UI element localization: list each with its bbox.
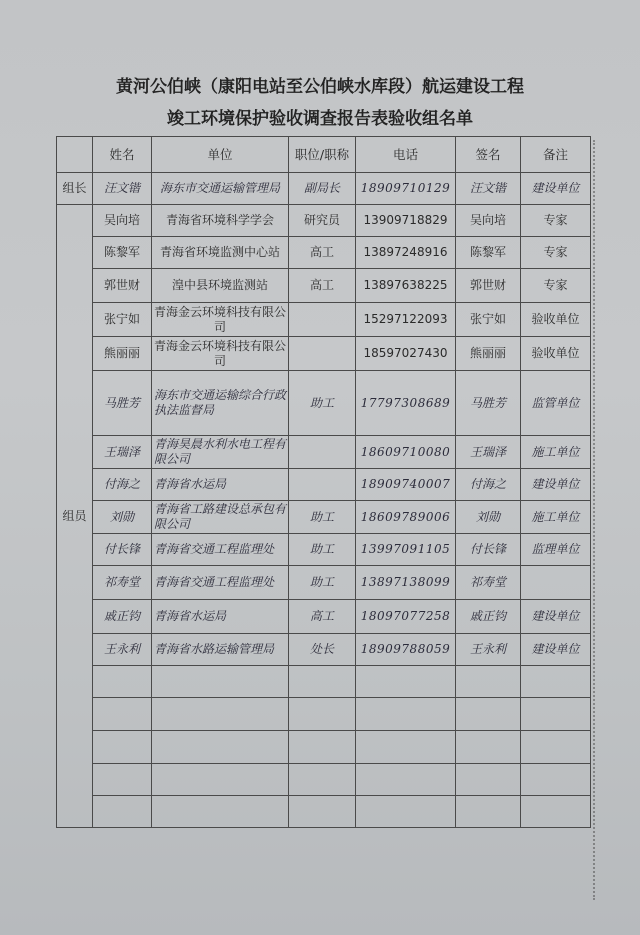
member-note-cell: 建设单位 [521,469,591,501]
member-signature-cell: 祁寿堂 [456,566,521,600]
member-signature-cell: 张宁如 [456,303,521,337]
leader-name-cell: 汪文锴 [93,173,152,205]
member-signature-cell: 王永利 [456,634,521,666]
member-phone-cell: 13897638225 [356,269,456,303]
member-phone-cell: 13897248916 [356,237,456,269]
member-unit-cell: 青海金云环境科技有限公司 [152,337,289,371]
member-signature-cell [456,764,521,796]
member-name-cell [93,764,152,796]
member-name-cell: 郭世财 [93,269,152,303]
member-row [57,731,591,764]
leader-title-cell: 副局长 [289,173,356,205]
member-phone-cell: 18609710080 [356,436,456,469]
member-phone-cell: 18597027430 [356,337,456,371]
member-unit-cell: 青海省工路建设总承包有限公司 [152,501,289,534]
member-signature-cell [456,698,521,731]
header-cell-name: 姓名 [93,137,152,173]
member-note-cell [521,666,591,698]
member-group-label: 组员 [57,205,93,828]
member-signature-cell: 王瑞泽 [456,436,521,469]
member-signature-cell: 陈黎军 [456,237,521,269]
member-unit-cell [152,698,289,731]
member-name-cell: 戚正钧 [93,600,152,634]
member-signature-cell: 刘勋 [456,501,521,534]
member-phone-cell: 15297122093 [356,303,456,337]
member-phone-cell [356,764,456,796]
member-note-cell: 专家 [521,205,591,237]
member-note-cell: 专家 [521,237,591,269]
member-name-cell: 付海之 [93,469,152,501]
header-cell-phone: 电话 [356,137,456,173]
member-name-cell: 王瑞泽 [93,436,152,469]
header-cell-unit: 单位 [152,137,289,173]
member-phone-cell [356,796,456,828]
member-title-cell: 研究员 [289,205,356,237]
member-row: 付海之青海省水运局18909740007付海之建设单位 [57,469,591,501]
member-title-cell: 处长 [289,634,356,666]
member-phone-cell: 18609789006 [356,501,456,534]
page-fold-line [593,140,597,900]
member-row: 刘勋青海省工路建设总承包有限公司助工18609789006刘勋施工单位 [57,501,591,534]
document-subtitle: 竣工环境保护验收调查报告表验收组名单 [0,104,640,129]
member-unit-cell: 青海省水运局 [152,469,289,501]
member-phone-cell: 18097077258 [356,600,456,634]
member-unit-cell [152,764,289,796]
member-title-cell: 助工 [289,501,356,534]
leader-phone-cell: 18909710129 [356,173,456,205]
member-row: 熊丽丽青海金云环境科技有限公司18597027430熊丽丽验收单位 [57,337,591,371]
member-title-cell: 助工 [289,534,356,566]
member-name-cell [93,731,152,764]
member-name-cell: 熊丽丽 [93,337,152,371]
member-name-cell: 王永利 [93,634,152,666]
member-unit-cell [152,666,289,698]
member-name-cell: 祁寿堂 [93,566,152,600]
member-row [57,698,591,731]
header-cell-signature: 签名 [456,137,521,173]
member-unit-cell: 青海昊晨水利水电工程有限公司 [152,436,289,469]
member-signature-cell: 付海之 [456,469,521,501]
member-title-cell [289,764,356,796]
member-note-cell: 建设单位 [521,634,591,666]
member-note-cell: 验收单位 [521,337,591,371]
member-name-cell: 张宁如 [93,303,152,337]
member-phone-cell: 17797308689 [356,371,456,436]
header-cell-title: 职位/职称 [289,137,356,173]
member-name-cell: 马胜芳 [93,371,152,436]
member-signature-cell: 吴向培 [456,205,521,237]
document-page: 黄河公伯峡（康阳电站至公伯峡水库段）航运建设工程 竣工环境保护验收调查报告表验收… [0,0,640,935]
member-title-cell: 高工 [289,237,356,269]
member-title-cell [289,796,356,828]
member-name-cell [93,666,152,698]
document-title: 黄河公伯峡（康阳电站至公伯峡水库段）航运建设工程 [0,72,640,97]
member-phone-cell [356,666,456,698]
member-note-cell [521,566,591,600]
member-row: 王永利青海省水路运输管理局处长18909788059王永利建设单位 [57,634,591,666]
member-name-cell: 陈黎军 [93,237,152,269]
member-unit-cell: 青海省环境监测中心站 [152,237,289,269]
member-unit-cell: 青海金云环境科技有限公司 [152,303,289,337]
member-title-cell [289,303,356,337]
member-name-cell [93,796,152,828]
leader-row: 组长 汪文锴 海东市交通运输管理局 副局长 18909710129 汪文锴 建设… [57,173,591,205]
header-cell-role [57,137,93,173]
member-note-cell: 建设单位 [521,600,591,634]
member-row [57,796,591,828]
leader-unit-cell: 海东市交通运输管理局 [152,173,289,205]
member-row: 付长锋青海省交通工程监理处助工13997091105付长锋监理单位 [57,534,591,566]
member-unit-cell: 海东市交通运输综合行政执法监督局 [152,371,289,436]
member-signature-cell: 戚正钧 [456,600,521,634]
member-phone-cell: 18909740007 [356,469,456,501]
member-unit-cell [152,796,289,828]
member-unit-cell: 青海省交通工程监理处 [152,534,289,566]
member-phone-cell: 13897138099 [356,566,456,600]
member-title-cell: 高工 [289,269,356,303]
member-note-cell: 验收单位 [521,303,591,337]
member-row: 王瑞泽青海昊晨水利水电工程有限公司18609710080王瑞泽施工单位 [57,436,591,469]
member-phone-cell: 13909718829 [356,205,456,237]
member-note-cell: 监理单位 [521,534,591,566]
member-title-cell: 高工 [289,600,356,634]
member-note-cell [521,731,591,764]
member-unit-cell: 湟中县环境监测站 [152,269,289,303]
header-cell-note: 备注 [521,137,591,173]
member-row: 组员吴向培青海省环境科学学会研究员13909718829吴向培专家 [57,205,591,237]
member-signature-cell [456,731,521,764]
member-row [57,764,591,796]
leader-signature-cell: 汪文锴 [456,173,521,205]
member-unit-cell [152,731,289,764]
member-phone-cell: 13997091105 [356,534,456,566]
table-header-row: 姓名 单位 职位/职称 电话 签名 备注 [57,137,591,173]
member-name-cell: 吴向培 [93,205,152,237]
member-note-cell: 施工单位 [521,436,591,469]
member-title-cell [289,469,356,501]
member-phone-cell [356,731,456,764]
member-name-cell [93,698,152,731]
member-signature-cell: 付长锋 [456,534,521,566]
member-row: 张宁如青海金云环境科技有限公司15297122093张宁如验收单位 [57,303,591,337]
member-note-cell [521,764,591,796]
member-row: 戚正钧青海省水运局高工18097077258戚正钧建设单位 [57,600,591,634]
member-note-cell [521,698,591,731]
member-signature-cell [456,796,521,828]
member-title-cell: 助工 [289,371,356,436]
member-unit-cell: 青海省水运局 [152,600,289,634]
member-unit-cell: 青海省环境科学学会 [152,205,289,237]
member-signature-cell [456,666,521,698]
member-unit-cell: 青海省水路运输管理局 [152,634,289,666]
member-title-cell [289,666,356,698]
member-title-cell [289,731,356,764]
member-phone-cell: 18909788059 [356,634,456,666]
member-title-cell [289,337,356,371]
member-name-cell: 付长锋 [93,534,152,566]
member-signature-cell: 马胜芳 [456,371,521,436]
member-note-cell: 专家 [521,269,591,303]
member-row: 陈黎军青海省环境监测中心站高工13897248916陈黎军专家 [57,237,591,269]
member-note-cell: 监管单位 [521,371,591,436]
member-note-cell [521,796,591,828]
member-row: 马胜芳海东市交通运输综合行政执法监督局助工17797308689马胜芳监管单位 [57,371,591,436]
member-name-cell: 刘勋 [93,501,152,534]
member-phone-cell [356,698,456,731]
member-title-cell [289,436,356,469]
member-title-cell [289,698,356,731]
member-row [57,666,591,698]
leader-note-cell: 建设单位 [521,173,591,205]
member-unit-cell: 青海省交通工程监理处 [152,566,289,600]
member-row: 祁寿堂青海省交通工程监理处助工13897138099祁寿堂 [57,566,591,600]
member-note-cell: 施工单位 [521,501,591,534]
member-title-cell: 助工 [289,566,356,600]
acceptance-team-table: 姓名 单位 职位/职称 电话 签名 备注 组长 汪文锴 海东市交通运输管理局 副… [56,136,591,828]
leader-role-cell: 组长 [57,173,93,205]
member-signature-cell: 郭世财 [456,269,521,303]
member-signature-cell: 熊丽丽 [456,337,521,371]
member-row: 郭世财湟中县环境监测站高工13897638225郭世财专家 [57,269,591,303]
